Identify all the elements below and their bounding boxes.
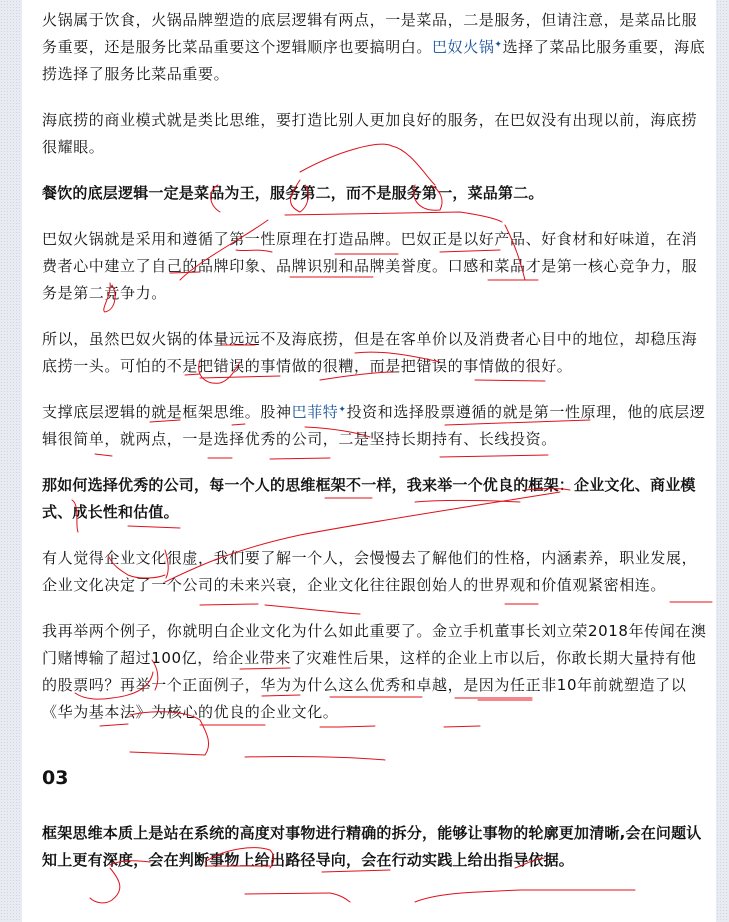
- paragraph-text: 餐饮的底层逻辑一定是菜品为王，服务第二，而不是服务第一，菜品第二。: [42, 184, 544, 202]
- link-banu-hotpot[interactable]: 巴奴火锅: [432, 38, 494, 56]
- paragraph-text: 那如何选择优秀的公司，每一个人的思维框架不一样，我来举一个优良的框架：企业文化、…: [42, 476, 696, 521]
- paragraph-text: 框架思维本质上是站在系统的高度对事物进行精确的拆分，能够让事物的轮廓更加清晰,会…: [42, 824, 702, 869]
- article-page: 火锅属于饮食，火锅品牌塑造的底层逻辑有两点，一是菜品，二是服务，但请注意，是菜品…: [22, 0, 716, 922]
- paragraph-text: 我再举两个例子，你就明白企业文化为什么如此重要了。金立手机董事长刘立荣2018年…: [42, 622, 707, 721]
- left-margin: [0, 0, 22, 922]
- paragraph-text: 有人觉得企业文化很虚，我们要了解一个人，会慢慢去了解他们的性格，内涵素养，职业发…: [42, 549, 697, 594]
- link-buffett[interactable]: 巴菲特: [292, 403, 339, 421]
- paragraph-haidilao-model: 海底捞的商业模式就是类比思维，要打造比别人更加良好的服务，在巴奴没有出现以前，海…: [42, 107, 708, 161]
- paragraph-corporate-culture: 有人觉得企业文化很虚，我们要了解一个人，会慢慢去了解他们的性格，内涵素养，职业发…: [42, 545, 708, 599]
- paragraph-text: 海底捞的商业模式就是类比思维，要打造比别人更加良好的服务，在巴奴没有出现以前，海…: [42, 111, 697, 156]
- paragraph-text: 所以，虽然巴奴火锅的体量远远不及海底捞，但是在客单价以及消费者心目中的地位，却稳…: [42, 330, 697, 375]
- paragraph-framework-thinking: 支撑底层逻辑的就是框架思维。股神巴菲特✦投资和选择股票遵循的就是第一性原理，他的…: [42, 399, 708, 453]
- section-heading: 03: [42, 766, 708, 790]
- article-body: 火锅属于饮食，火锅品牌塑造的底层逻辑有两点，一是菜品，二是服务，但请注意，是菜品…: [42, 0, 708, 874]
- paragraph-closing-bold: 框架思维本质上是站在系统的高度对事物进行精确的拆分，能够让事物的轮廓更加清晰,会…: [42, 820, 708, 874]
- paragraph-core-logic-bold: 餐饮的底层逻辑一定是菜品为王，服务第二，而不是服务第一，菜品第二。: [42, 180, 708, 207]
- paragraph-first-principle: 巴奴火锅就是采用和遵循了第一性原理在打造品牌。巴奴正是以好产品、好食材和好味道，…: [42, 226, 708, 307]
- paragraph-text: 巴奴火锅就是采用和遵循了第一性原理在打造品牌。巴奴正是以好产品、好食材和好味道，…: [42, 230, 697, 302]
- paragraph-examples: 我再举两个例子，你就明白企业文化为什么如此重要了。金立手机董事长刘立荣2018年…: [42, 618, 708, 726]
- paragraph-choose-company-bold: 那如何选择优秀的公司，每一个人的思维框架不一样，我来举一个优良的框架：企业文化、…: [42, 472, 708, 526]
- paragraph-comparison: 所以，虽然巴奴火锅的体量远远不及海底捞，但是在客单价以及消费者心目中的地位，却稳…: [42, 326, 708, 380]
- link-mark-icon: ✦: [494, 40, 502, 50]
- right-scrollbar-track[interactable]: [716, 0, 729, 922]
- paragraph-text: 支撑底层逻辑的就是框架思维。股神: [42, 403, 292, 421]
- link-mark-icon: ✦: [338, 405, 346, 415]
- paragraph-hotpot-logic: 火锅属于饮食，火锅品牌塑造的底层逻辑有两点，一是菜品，二是服务，但请注意，是菜品…: [42, 7, 708, 88]
